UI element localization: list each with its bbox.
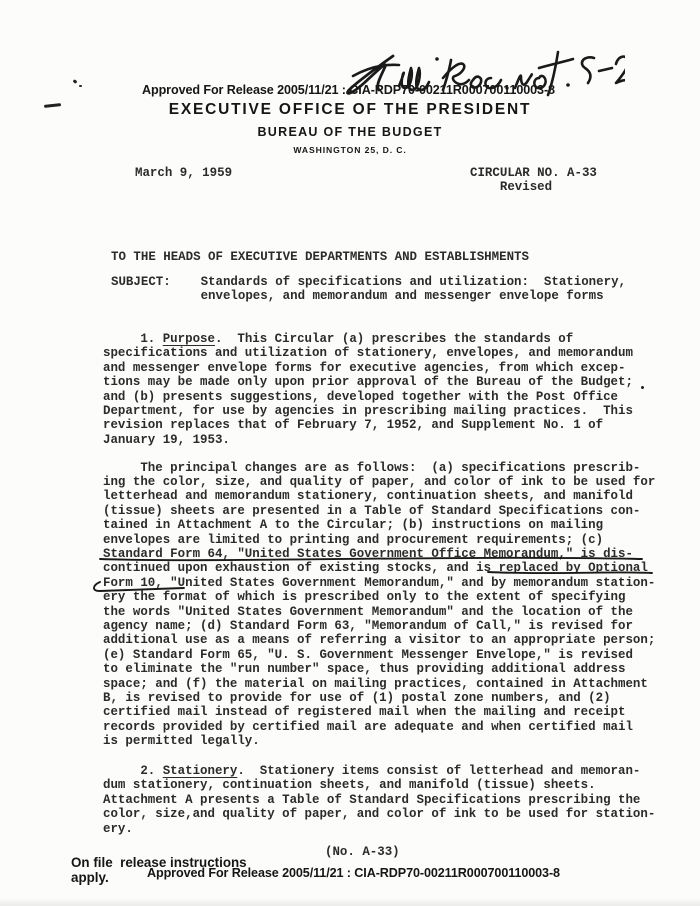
letterhead-bureau: BUREAU OF THE BUDGET (0, 125, 700, 139)
handwritten-annotation (325, 40, 625, 104)
paragraph-3-number: 2. (103, 764, 163, 778)
paragraph-3-first-line-rest: . Stationery items consist of letterhead… (237, 764, 640, 778)
letterhead-office: EXECUTIVE OFFICE OF THE PRESIDENT (0, 101, 700, 119)
paragraph-1-number: 1. (103, 332, 163, 346)
approved-release-stamp-bottom: Approved For Release 2005/11/21 : CIA-RD… (147, 866, 560, 880)
paragraph-1-first-line: 1. Purpose. This Circular (a) prescribes… (103, 332, 573, 346)
paragraph-3-body: dum stationery, continuation sheets, and… (103, 778, 655, 836)
paragraph-1-body: specifications and utilization of statio… (103, 346, 633, 447)
page-reference: (No. A-33) (325, 845, 400, 859)
circular-number: CIRCULAR NO. A-33 Revised (470, 166, 597, 195)
paragraph-1-keyword: Purpose (163, 332, 215, 346)
document-date: March 9, 1959 (135, 166, 232, 180)
addressee-line: TO THE HEADS OF EXECUTIVE DEPARTMENTS AN… (111, 250, 529, 264)
stray-ink-dot (641, 386, 644, 389)
document-page: Approved For Release 2005/11/21 : CIA-RD… (0, 0, 700, 906)
paragraph-3-keyword: Stationery (163, 764, 238, 778)
pen-underline-standard-form-64 (98, 553, 644, 564)
letterhead-city: WASHINGTON 25, D. C. (0, 145, 700, 155)
stray-pen-mark (79, 85, 82, 87)
paragraph-3-first-line: 2. Stationery. Stationery items consist … (103, 764, 640, 778)
paragraph-1-first-line-rest: . This Circular (a) prescribes the stand… (215, 332, 573, 346)
subject-block: SUBJECT: Standards of specifications and… (111, 275, 626, 304)
scan-edge-shadow (0, 898, 700, 906)
stray-pen-mark (73, 79, 78, 84)
pen-underline-form-10 (90, 580, 186, 595)
paragraph-2-body: The principal changes are as follows: (a… (103, 461, 655, 749)
pen-underline-replaced-by-optional (486, 568, 654, 577)
